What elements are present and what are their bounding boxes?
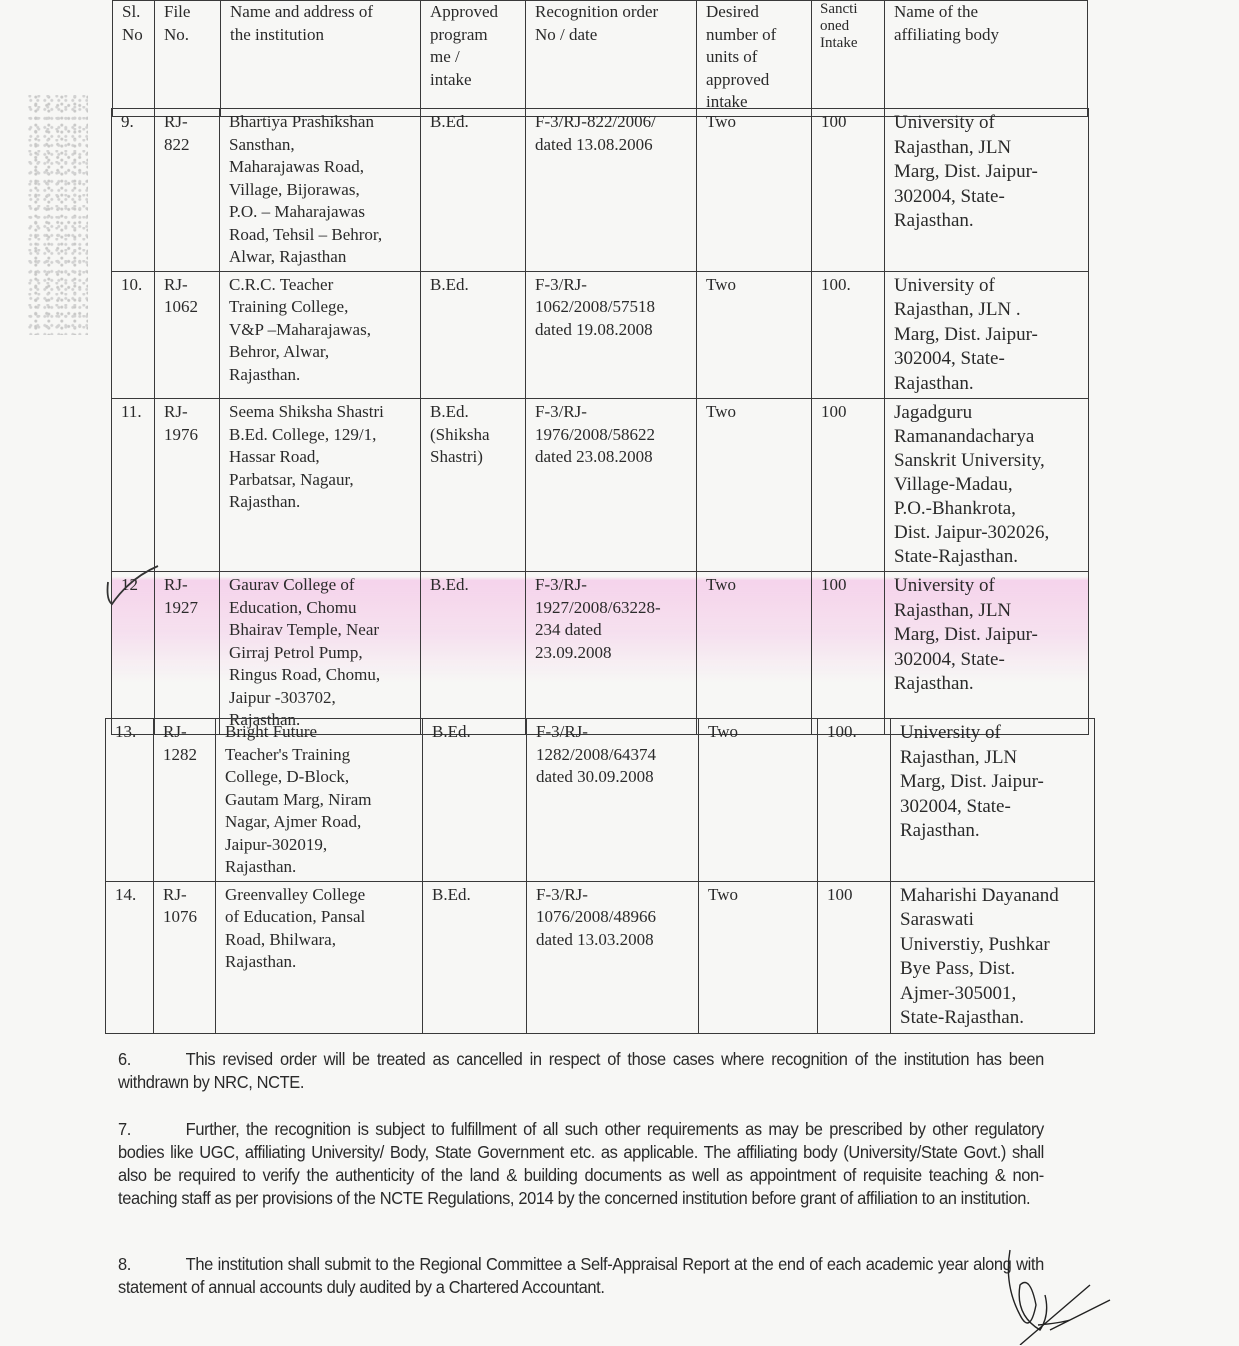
cell-order: F-3/RJ- 1076/2008/48966 dated 13.03.2008 <box>527 881 699 1033</box>
cell-affiliating-body: Jagadguru Ramanandacharya Sanskrit Unive… <box>885 399 1089 572</box>
cell-sl: 10. <box>112 271 155 399</box>
header-programme: Approved program me / intake <box>421 1 526 117</box>
cell-file: RJ- 1927 <box>155 572 220 735</box>
header-file-no: File No. <box>155 1 221 117</box>
cell-name: C.R.C. Teacher Training College, V&P –Ma… <box>220 271 421 399</box>
cell-sl: 9. <box>112 109 155 272</box>
cell-intake: 100 <box>812 572 885 735</box>
cell-name: Bhartiya Prashikshan Sansthan, Maharajaw… <box>220 109 421 272</box>
cell-intake: 100 <box>818 881 891 1033</box>
cell-units: Two <box>697 399 812 572</box>
header-sanctioned-intake: Sancti oned Intake <box>812 1 885 117</box>
cell-affiliating-body: University of Rajasthan, JLN Marg, Dist.… <box>885 572 1089 735</box>
cell-sl: 11. <box>112 399 155 572</box>
cell-order: F-3/RJ- 1062/2008/57518 dated 19.08.2008 <box>526 271 697 399</box>
cell-affiliating-body: Maharishi Dayanand Saraswati Universtiy,… <box>891 881 1095 1033</box>
paragraph-number: 8. <box>118 1253 186 1276</box>
cell-order: F-3/RJ- 1976/2008/58622 dated 23.08.2008 <box>526 399 697 572</box>
paragraph-text: Further, the recognition is subject to f… <box>118 1119 1044 1208</box>
header-affiliating-body: Name of the affiliating body <box>885 1 1088 117</box>
cell-programme: B.Ed. (Shiksha Shastri) <box>421 399 526 572</box>
cell-order: F-3/RJ- 1282/2008/64374 dated 30.09.2008 <box>527 719 699 882</box>
cell-programme: B.Ed. <box>423 719 527 882</box>
cell-name: Seema Shiksha Shastri B.Ed. College, 129… <box>220 399 421 572</box>
paragraph-number: 7. <box>118 1118 186 1141</box>
header-recognition-order: Recognition order No / date <box>526 1 697 117</box>
paragraph-text: This revised order will be treated as ca… <box>118 1049 1044 1092</box>
table-row: 14. RJ- 1076 Greenvalley College of Educ… <box>106 881 1095 1033</box>
cell-affiliating-body: University of Rajasthan, JLN Marg, Dist.… <box>891 719 1095 882</box>
cell-order: F-3/RJ-822/2006/ dated 13.08.2006 <box>526 109 697 272</box>
recognition-table-part-2: 13. RJ- 1282 Bright Future Teacher's Tra… <box>105 718 1095 1034</box>
signature-icon <box>990 1245 1120 1345</box>
cell-intake: 100 <box>812 399 885 572</box>
cell-file: RJ- 1976 <box>155 399 220 572</box>
cell-programme: B.Ed. <box>421 572 526 735</box>
table-row: 13. RJ- 1282 Bright Future Teacher's Tra… <box>106 719 1095 882</box>
cell-programme: B.Ed. <box>421 109 526 272</box>
tick-mark-icon <box>100 560 160 610</box>
cell-programme: B.Ed. <box>421 271 526 399</box>
header-desired-units: Desired number of units of approved inta… <box>697 1 812 117</box>
table-header: Sl. No File No. Name and address of the … <box>112 0 1088 117</box>
table-row-highlighted: 12 RJ- 1927 Gaurav College of Education,… <box>112 572 1089 735</box>
cell-intake: 100 <box>812 109 885 272</box>
cell-order: F-3/RJ- 1927/2008/63228- 234 dated 23.09… <box>526 572 697 735</box>
cell-name: Greenvalley College of Education, Pansal… <box>216 881 423 1033</box>
cell-name: Gaurav College of Education, Chomu Bhair… <box>220 572 421 735</box>
paragraph-8: 8.The institution shall submit to the Re… <box>118 1253 1044 1299</box>
scan-artifact <box>28 95 88 335</box>
cell-units: Two <box>699 881 818 1033</box>
paragraph-number: 6. <box>118 1048 186 1071</box>
table-row: 9. RJ- 822 Bhartiya Prashikshan Sansthan… <box>112 109 1089 272</box>
cell-affiliating-body: University of Rajasthan, JLN Marg, Dist.… <box>885 109 1089 272</box>
cell-file: RJ- 822 <box>155 109 220 272</box>
table-row: 10. RJ- 1062 C.R.C. Teacher Training Col… <box>112 271 1089 399</box>
cell-file: RJ- 1282 <box>154 719 216 882</box>
cell-file: RJ- 1062 <box>155 271 220 399</box>
header-sl-no: Sl. No <box>113 1 155 117</box>
cell-units: Two <box>699 719 818 882</box>
paragraph-text: The institution shall submit to the Regi… <box>118 1254 1044 1297</box>
cell-file: RJ- 1076 <box>154 881 216 1033</box>
cell-name: Bright Future Teacher's Training College… <box>216 719 423 882</box>
cell-sl: 13. <box>106 719 154 882</box>
cell-units: Two <box>697 109 812 272</box>
cell-intake: 100. <box>812 271 885 399</box>
header-name-address: Name and address of the institution <box>221 1 421 117</box>
cell-sl: 14. <box>106 881 154 1033</box>
cell-intake: 100. <box>818 719 891 882</box>
paragraph-7: 7.Further, the recognition is subject to… <box>118 1118 1044 1210</box>
table-row: 11. RJ- 1976 Seema Shiksha Shastri B.Ed.… <box>112 399 1089 572</box>
recognition-table-part-1: 9. RJ- 822 Bhartiya Prashikshan Sansthan… <box>111 108 1089 735</box>
cell-units: Two <box>697 572 812 735</box>
paragraph-6: 6.This revised order will be treated as … <box>118 1048 1044 1094</box>
cell-programme: B.Ed. <box>423 881 527 1033</box>
cell-affiliating-body: University of Rajasthan, JLN . Marg, Dis… <box>885 271 1089 399</box>
cell-units: Two <box>697 271 812 399</box>
